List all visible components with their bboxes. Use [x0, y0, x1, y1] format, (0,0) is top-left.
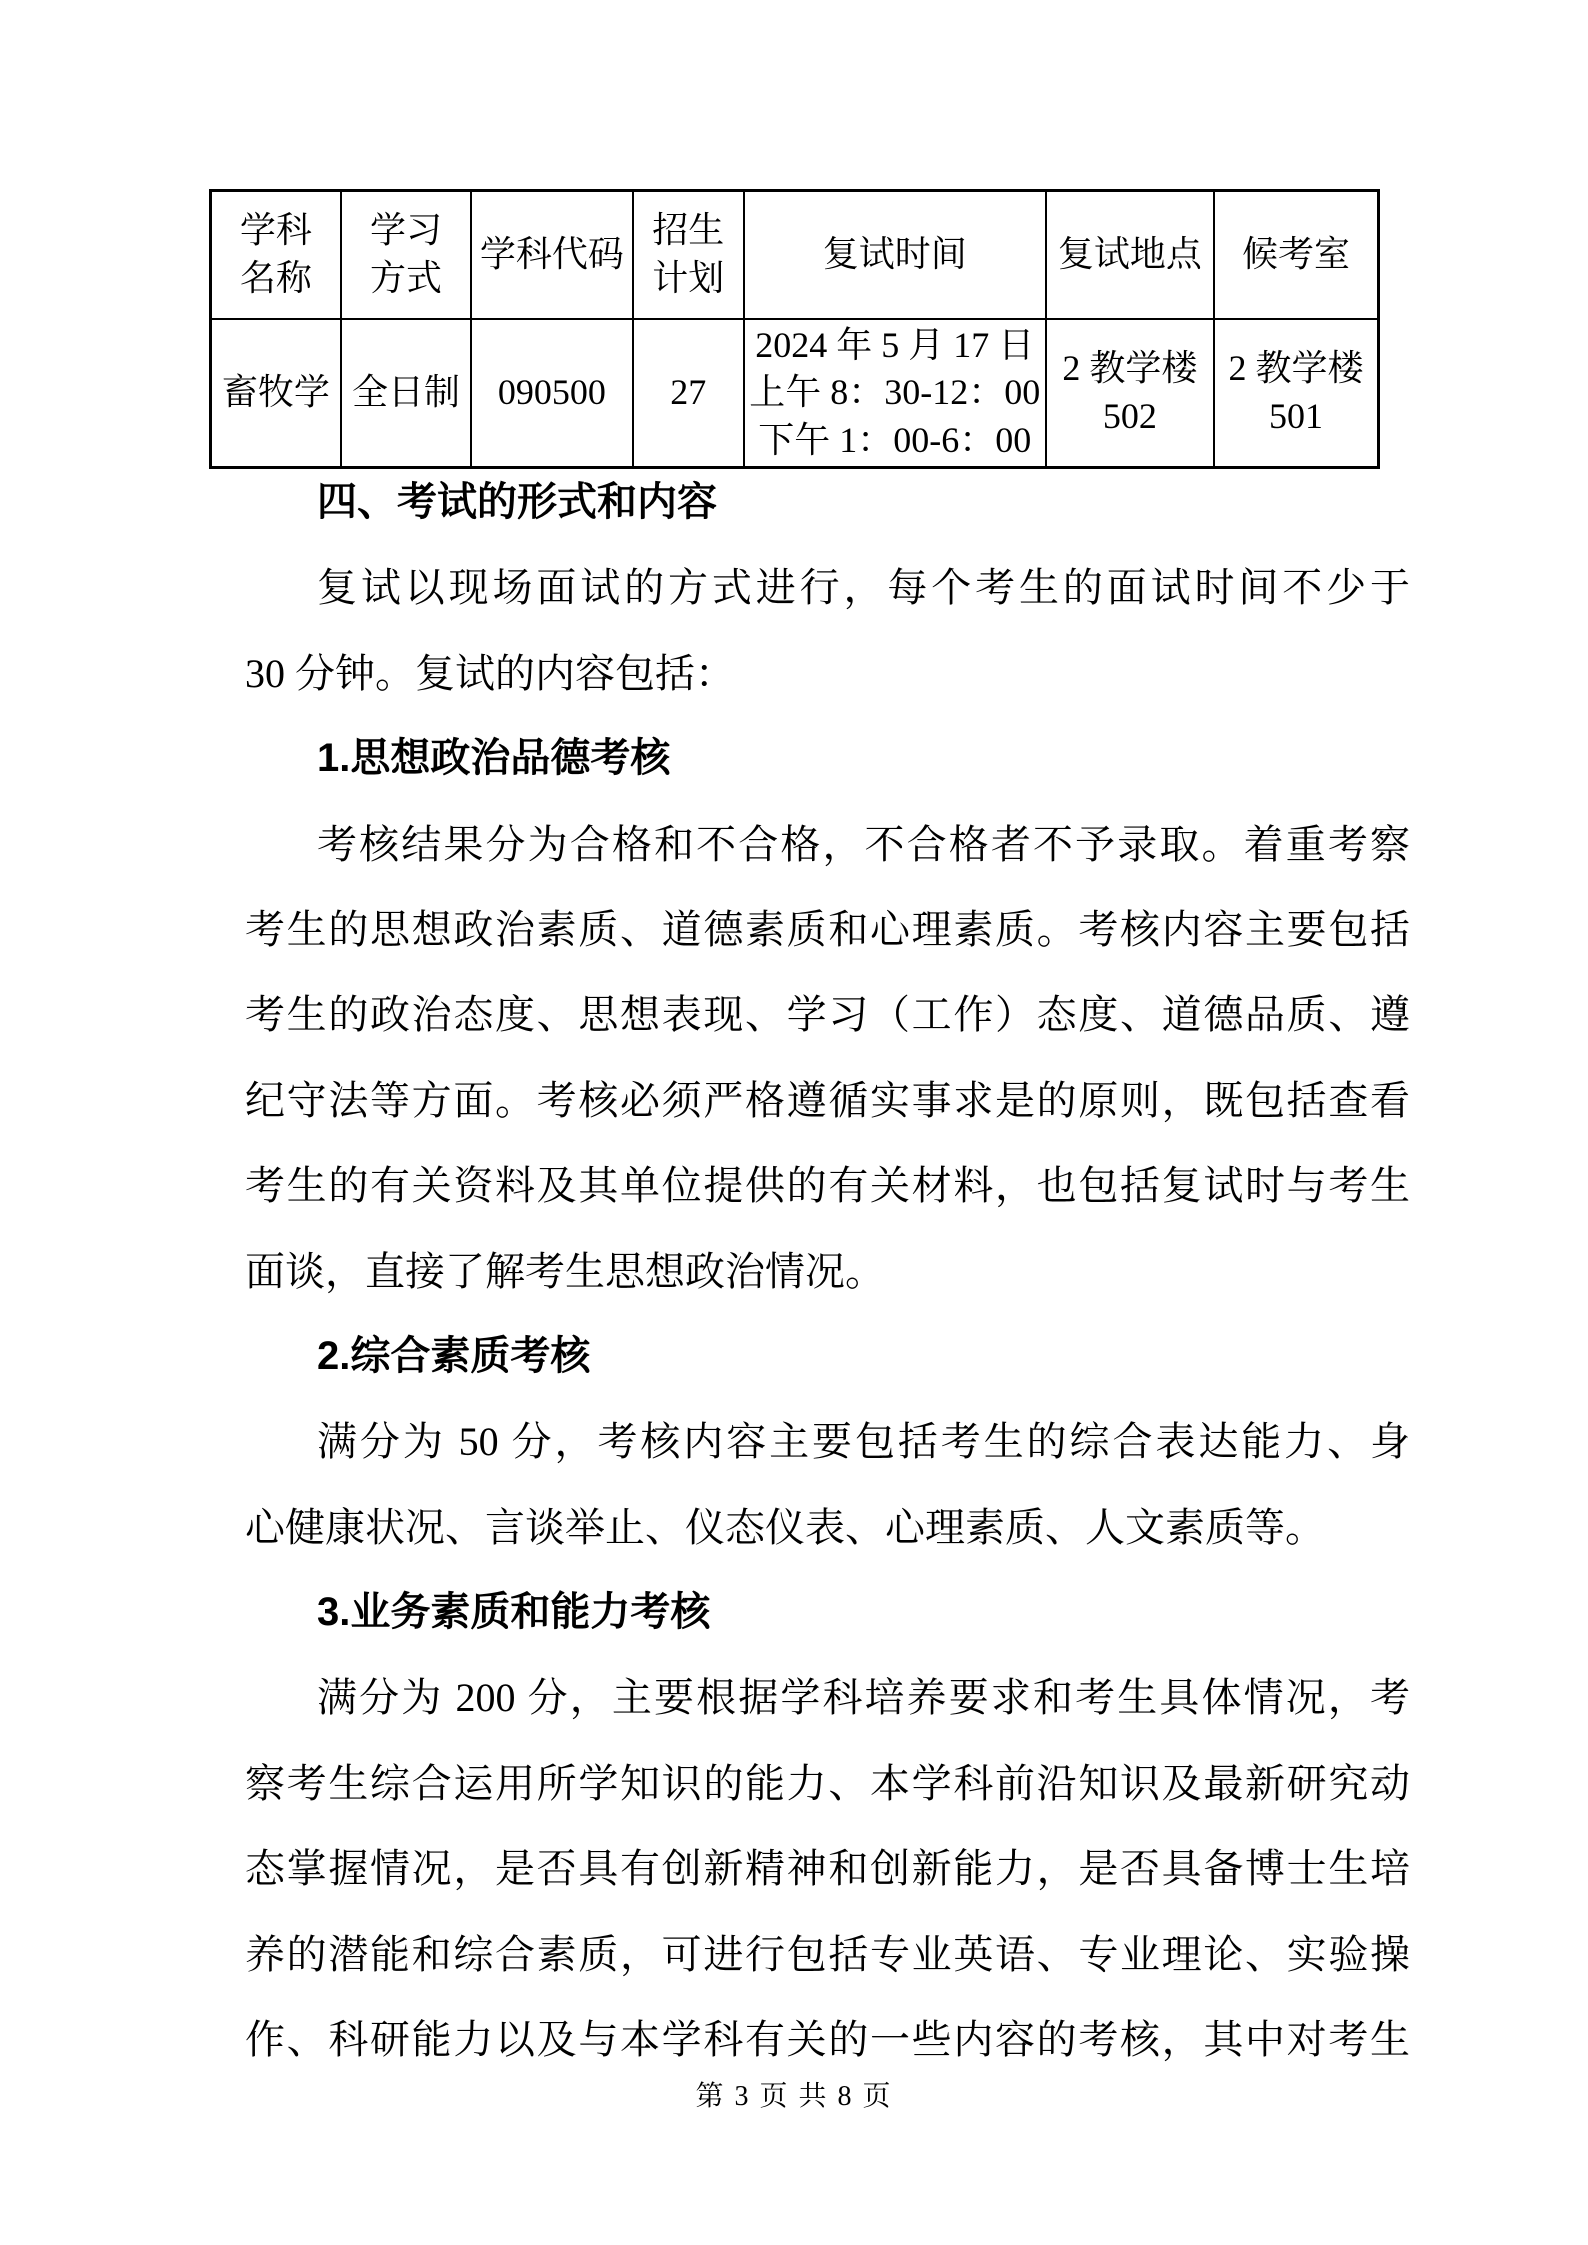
cell-subject-code: 090500 — [471, 319, 632, 468]
paragraph-line: 30 分钟。复试的内容包括： — [245, 631, 1410, 716]
paragraph-line: 面谈，直接了解考生思想政治情况。 — [245, 1229, 1410, 1314]
page-number: 第 3 页 共 8 页 — [0, 2074, 1588, 2120]
header-cell-waiting-room: 候考室 — [1214, 191, 1378, 319]
cell-text: 2 教学楼 — [1049, 345, 1211, 393]
subsection-heading-2: 2.综合素质考核 — [245, 1314, 1410, 1399]
cell-text: 090500 — [474, 369, 629, 417]
paragraph-line: 纪守法等方面。考核必须严格遵循实事求是的原则，既包括查看 — [245, 1058, 1410, 1143]
cell-text: 下午 1：00-6：00 — [747, 417, 1043, 465]
paragraph-line: 察考生综合运用所学知识的能力、本学科前沿知识及最新研究动 — [245, 1741, 1410, 1826]
paragraph-line: 养的潜能和综合素质，可进行包括专业英语、专业理论、实验操 — [245, 1912, 1410, 1997]
cell-text: 2 教学楼 — [1217, 345, 1375, 393]
document-body: 四、考试的形式和内容 复试以现场面试的方式进行，每个考生的面试时间不少于 30 … — [245, 460, 1410, 2082]
header-cell-subject-name: 学科 名称 — [211, 191, 341, 319]
cell-exam-time: 2024 年 5 月 17 日 上午 8：30-12：00 下午 1：00-6：… — [744, 319, 1046, 468]
header-text: 方式 — [344, 255, 468, 303]
cell-text: 502 — [1049, 393, 1211, 441]
header-text: 名称 — [214, 255, 338, 303]
paragraph-line: 考核结果分为合格和不合格，不合格者不予录取。着重考察 — [245, 802, 1410, 887]
paragraph-line: 考生的政治态度、思想表现、学习（工作）态度、道德品质、遵 — [245, 972, 1410, 1057]
cell-text: 全日制 — [344, 369, 468, 417]
header-cell-subject-code: 学科代码 — [471, 191, 632, 319]
header-text: 复试地点 — [1049, 231, 1211, 279]
header-text: 计划 — [636, 255, 741, 303]
cell-text: 2024 年 5 月 17 日 — [747, 322, 1043, 370]
paragraph-line: 满分为 50 分，考核内容主要包括考生的综合表达能力、身 — [245, 1399, 1410, 1484]
header-cell-study-mode: 学习 方式 — [341, 191, 471, 319]
cell-text: 501 — [1217, 393, 1375, 441]
subsection-heading-1: 1.思想政治品德考核 — [245, 716, 1410, 801]
header-text: 候考室 — [1217, 231, 1375, 279]
header-text: 学习 — [344, 207, 468, 255]
cell-text: 27 — [636, 369, 741, 417]
cell-waiting-room: 2 教学楼 501 — [1214, 319, 1378, 468]
cell-enrollment-plan: 27 — [633, 319, 744, 468]
cell-text: 上午 8：30-12：00 — [747, 369, 1043, 417]
header-text: 招生 — [636, 207, 741, 255]
cell-study-mode: 全日制 — [341, 319, 471, 468]
subsection-heading-3: 3.业务素质和能力考核 — [245, 1570, 1410, 1655]
table-header-row: 学科 名称 学习 方式 学科代码 招生 计划 复试时间 复试地点 候考室 — [211, 191, 1379, 319]
header-cell-exam-location: 复试地点 — [1046, 191, 1214, 319]
document-page: 学科 名称 学习 方式 学科代码 招生 计划 复试时间 复试地点 候考室 — [0, 0, 1588, 2245]
paragraph-line: 考生的思想政治素质、道德素质和心理素质。考核内容主要包括 — [245, 887, 1410, 972]
paragraph-line: 态掌握情况，是否具有创新精神和创新能力，是否具备博士生培 — [245, 1826, 1410, 1911]
paragraph-line: 考生的有关资料及其单位提供的有关材料，也包括复试时与考生 — [245, 1143, 1410, 1228]
cell-exam-location: 2 教学楼 502 — [1046, 319, 1214, 468]
exam-schedule-table: 学科 名称 学习 方式 学科代码 招生 计划 复试时间 复试地点 候考室 — [209, 189, 1380, 469]
cell-subject-name: 畜牧学 — [211, 319, 341, 468]
table-data-row: 畜牧学 全日制 090500 27 2024 年 5 月 17 日 上午 8：3… — [211, 319, 1379, 468]
paragraph-line: 心健康状况、言谈举止、仪态仪表、心理素质、人文素质等。 — [245, 1485, 1410, 1570]
header-text: 学科代码 — [474, 231, 629, 279]
header-text: 学科 — [214, 207, 338, 255]
section-heading-4: 四、考试的形式和内容 — [245, 460, 1410, 545]
paragraph-line: 满分为 200 分，主要根据学科培养要求和考生具体情况，考 — [245, 1655, 1410, 1740]
paragraph-line: 复试以现场面试的方式进行，每个考生的面试时间不少于 — [245, 545, 1410, 630]
header-cell-enrollment-plan: 招生 计划 — [633, 191, 744, 319]
paragraph-line: 作、科研能力以及与本学科有关的一些内容的考核，其中对考生 — [245, 1997, 1410, 2082]
header-cell-exam-time: 复试时间 — [744, 191, 1046, 319]
header-text: 复试时间 — [747, 231, 1043, 279]
cell-text: 畜牧学 — [214, 369, 338, 417]
